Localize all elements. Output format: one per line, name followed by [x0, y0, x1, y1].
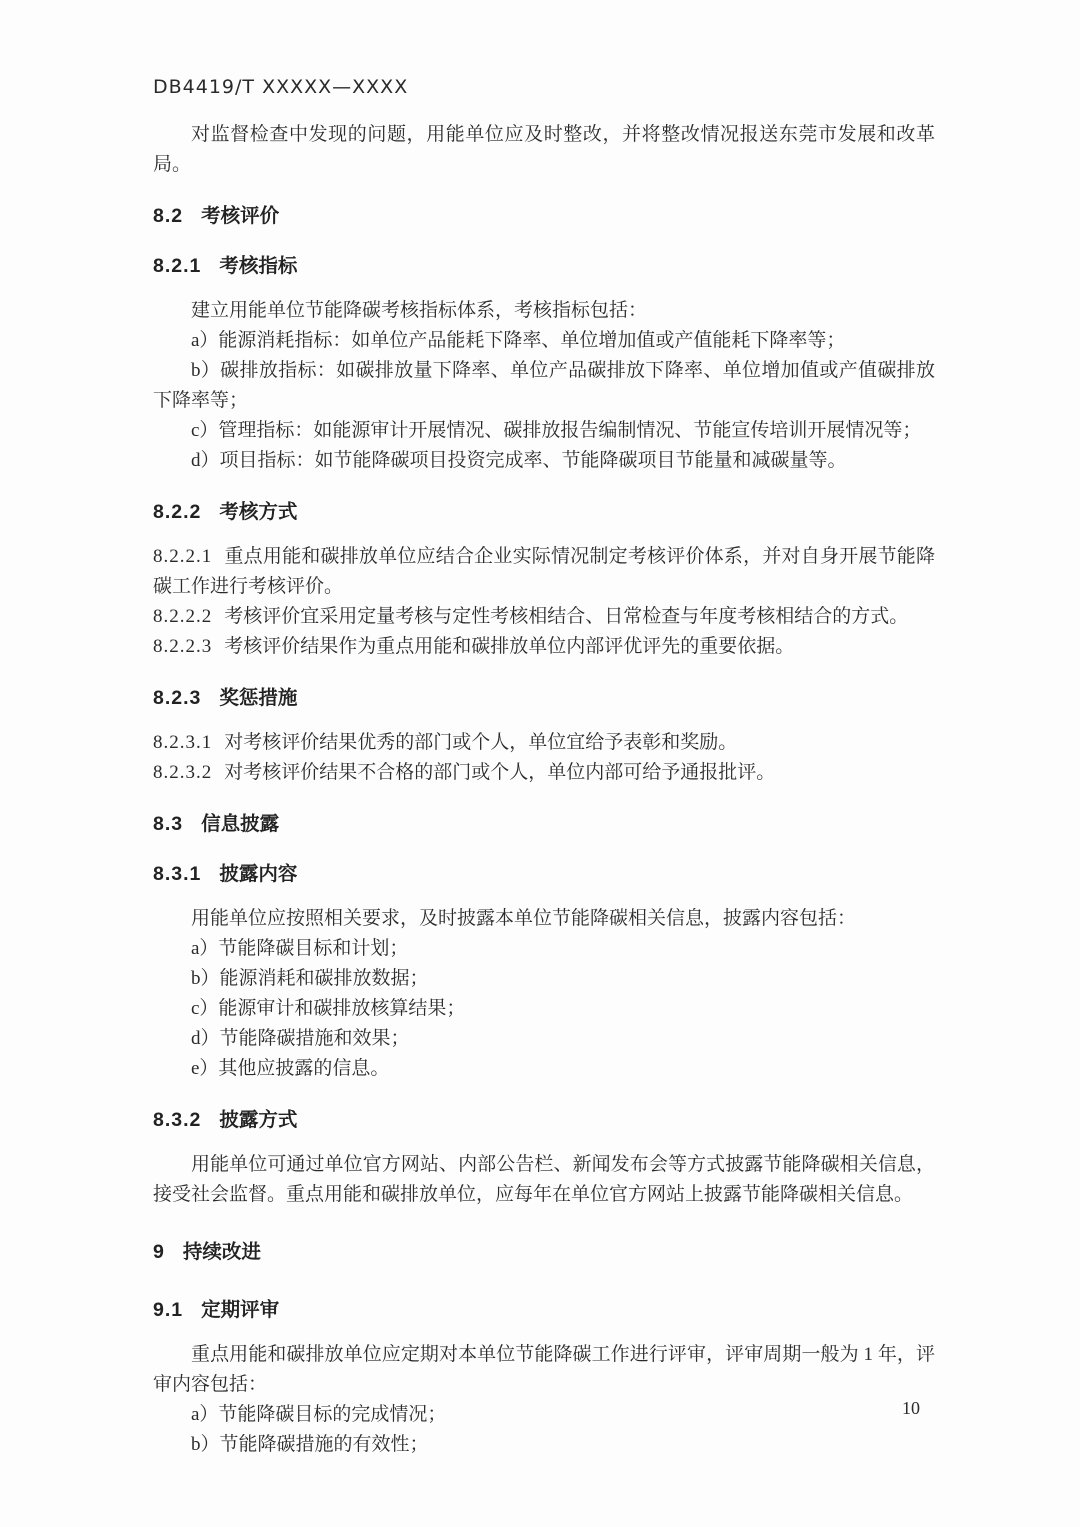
clause-text: 重点用能和碳排放单位应结合企业实际情况制定考核评价体系，并对自身开展节能降碳工作… [153, 546, 935, 597]
section-number: 9.1 [153, 1299, 183, 1321]
section-heading-9: 9持续改进 [153, 1238, 935, 1266]
clause-number: 8.2.2.2 [153, 606, 212, 627]
list-item: a）能源消耗指标：如单位产品能耗下降率、单位增加值或产值能耗下降率等； [153, 326, 935, 356]
list-item: a）节能降碳目标的完成情况； [153, 1400, 935, 1430]
paragraph-supervision: 对监督检查中发现的问题，用能单位应及时整改，并将整改情况报送东莞市发展和改革局。 [153, 120, 935, 180]
section-title: 考核方式 [219, 501, 297, 523]
list-item: e）其他应披露的信息。 [153, 1054, 935, 1084]
clause-text: 对考核评价结果优秀的部门或个人，单位宜给予表彰和奖励。 [224, 732, 737, 753]
paragraph-8-2-1-intro: 建立用能单位节能降碳考核指标体系，考核指标包括： [153, 296, 935, 326]
paragraph-8-3-1-intro: 用能单位应按照相关要求，及时披露本单位节能降碳相关信息，披露内容包括： [153, 904, 935, 934]
section-number: 8.2 [153, 205, 183, 227]
doc-code: DB4419/T XXXXX—XXXX [153, 76, 408, 98]
section-title: 考核指标 [219, 255, 297, 277]
clause-number: 8.2.2.1 [153, 546, 212, 567]
section-title: 考核评价 [201, 205, 279, 227]
section-heading-8-3-1: 8.3.1披露内容 [153, 860, 935, 888]
clause-text: 考核评价结果作为重点用能和碳排放单位内部评优评先的重要依据。 [224, 636, 794, 657]
section-number: 8.2.3 [153, 687, 201, 709]
section-number: 8.3.2 [153, 1109, 201, 1131]
list-item: a）节能降碳目标和计划； [153, 934, 935, 964]
section-title: 披露内容 [219, 863, 297, 885]
section-heading-9-1: 9.1定期评审 [153, 1296, 935, 1324]
page-number: 10 [902, 1398, 920, 1419]
list-item: b）碳排放指标：如碳排放量下降率、单位产品碳排放下降率、单位增加值或产值碳排放下… [153, 356, 935, 416]
document-page: DB4419/T XXXXX—XXXX 对监督检查中发现的问题，用能单位应及时整… [0, 0, 1080, 1527]
list-item: d）节能降碳措施和效果； [153, 1024, 935, 1054]
section-title: 信息披露 [201, 813, 279, 835]
section-title: 奖惩措施 [219, 687, 297, 709]
section-heading-8-2-3: 8.2.3奖惩措施 [153, 684, 935, 712]
clause-text: 考核评价宜采用定量考核与定性考核相结合、日常检查与年度考核相结合的方式。 [224, 606, 908, 627]
section-heading-8-3: 8.3信息披露 [153, 810, 935, 838]
clause-8-2-3-2: 8.2.3.2对考核评价结果不合格的部门或个人，单位内部可给予通报批评。 [153, 758, 935, 788]
clause-number: 8.2.3.2 [153, 762, 212, 783]
list-item: b）能源消耗和碳排放数据； [153, 964, 935, 994]
section-title: 定期评审 [201, 1299, 279, 1321]
section-title: 披露方式 [219, 1109, 297, 1131]
clause-8-2-2-3: 8.2.2.3考核评价结果作为重点用能和碳排放单位内部评优评先的重要依据。 [153, 632, 935, 662]
list-item: b）节能降碳措施的有效性； [153, 1430, 935, 1460]
section-number: 8.3.1 [153, 863, 201, 885]
section-heading-8-2-1: 8.2.1考核指标 [153, 252, 935, 280]
list-item: c）能源审计和碳排放核算结果； [153, 994, 935, 1024]
paragraph-8-3-2: 用能单位可通过单位官方网站、内部公告栏、新闻发布会等方式披露节能降碳相关信息，接… [153, 1150, 935, 1210]
clause-8-2-3-1: 8.2.3.1对考核评价结果优秀的部门或个人，单位宜给予表彰和奖励。 [153, 728, 935, 758]
list-item: c）管理指标：如能源审计开展情况、碳排放报告编制情况、节能宣传培训开展情况等； [153, 416, 935, 446]
paragraph-9-1-intro: 重点用能和碳排放单位应定期对本单位节能降碳工作进行评审，评审周期一般为 1 年，… [153, 1340, 935, 1400]
section-heading-8-3-2: 8.3.2披露方式 [153, 1106, 935, 1134]
clause-number: 8.2.2.3 [153, 636, 212, 657]
document-body: 对监督检查中发现的问题，用能单位应及时整改，并将整改情况报送东莞市发展和改革局。… [153, 120, 935, 1460]
section-heading-8-2-2: 8.2.2考核方式 [153, 498, 935, 526]
list-item: d）项目指标：如节能降碳项目投资完成率、节能降碳项目节能量和减碳量等。 [153, 446, 935, 476]
section-title: 持续改进 [183, 1241, 261, 1263]
section-number: 8.2.1 [153, 255, 201, 277]
section-heading-8-2: 8.2考核评价 [153, 202, 935, 230]
clause-text: 对考核评价结果不合格的部门或个人，单位内部可给予通报批评。 [224, 762, 775, 783]
clause-number: 8.2.3.1 [153, 732, 212, 753]
section-number: 8.3 [153, 813, 183, 835]
section-number: 9 [153, 1241, 165, 1263]
section-number: 8.2.2 [153, 501, 201, 523]
clause-8-2-2-1: 8.2.2.1重点用能和碳排放单位应结合企业实际情况制定考核评价体系，并对自身开… [153, 542, 935, 602]
clause-8-2-2-2: 8.2.2.2考核评价宜采用定量考核与定性考核相结合、日常检查与年度考核相结合的… [153, 602, 935, 632]
